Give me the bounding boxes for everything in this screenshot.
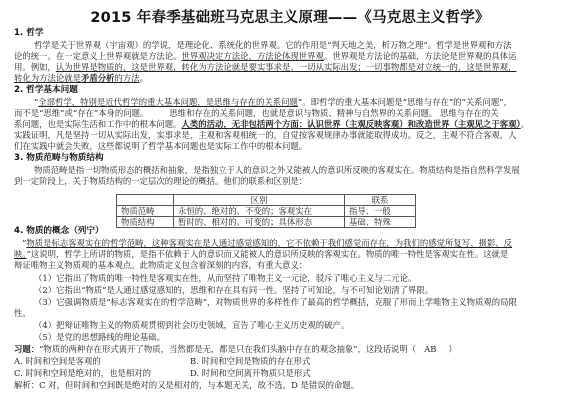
paragraph-line: 用。例如，认为世界是物质的，这是世界观，转化为方法论就是要实事求是、一切从实际出… [14,62,517,73]
paragraph-line: 们在实践中就会失败，这些都说明了哲学基本问题也是实际工作中的根本问题。 [14,141,307,152]
paragraph-line: 转化为方法论就是矛盾分析的方法。 [14,73,148,84]
list-item: （2）它指出“物质”是人通过感觉感知的，思维和存在具有同一性。坚持了可知论，与不… [34,285,433,296]
table-cell: 物质范畴 [117,206,174,217]
text-span: 用。例如， [14,62,56,72]
exercise-option-d: D. 时间和空间离开物质只是形式 [190,368,311,379]
list-item: （3）它强调物质是“标志客观实在的哲学范畴”，对物质世界的多样性作了最高的哲学概… [34,297,517,308]
text-span: 转化为方法论就是 [14,73,81,83]
table-header-cell: 区别 [174,195,345,206]
exercise-option-b: B. 时间和空间是物质的存在形式 [190,356,310,367]
exercise-option-c: C. 时间和空间是绝对的，也是相对的 [14,368,151,379]
paragraph-line: 实践证明，凡是坚持一切从实际出发，实事求是，主观和客观相统一的，自觉按客观规律办… [14,130,517,141]
paragraph-line: 物质范畴是指一切物质形态的概括和抽象，是指独立于人的意识之外又能被人的意识所反映… [34,165,520,176]
text-span: 系问题，也是实际生活和工作中的根本问题。 [14,119,182,129]
text-span: 。 [140,73,148,83]
underlined-text: 映。 [14,249,27,259]
list-item: （4）把辩证唯物主义的物质观贯彻到社会历史领域，宣告了唯心主义历史观的破产。 [34,320,349,331]
section-heading-philosophy: 1. 哲学 [14,28,43,39]
paragraph-line: 映。”这说明，哲学上所讲的物质，是指不依赖于人的意识而又能被人的意识所反映的客观… [14,249,508,260]
text-span: 的方法 [115,73,140,83]
table-cell: 指导、一般 [345,206,416,217]
text-span: ） [448,344,456,354]
paragraph-line: “物质是标志客观实在的哲学范畴，这种客观实在是人通过感觉感知的，它不依赖于我们感… [22,238,512,249]
table-row: 物质结构 暂时的、相对的、可变的；具体形态 基础、特殊 [117,217,416,228]
table-cell: 基础、特殊 [345,217,416,228]
exercise-label: 习题： [14,344,39,354]
document-title: 2015 年春季基础班马克思主义原理——《马克思主义哲学》 [14,6,566,27]
text-span: ”。即哲学的重大基本问题是“思维与存在”的“关系问题”， [298,97,512,107]
underlined-text: 全部哲学，特别是近代哲学的重大基本问题，是思维与存在的关系问题 [38,97,298,107]
underlined-text: 世界观决定方法论，方法论体现世界观 [182,51,324,61]
table-header-cell [117,195,174,206]
paragraph-line: 辩证唯物主义物质观的基本观点。此物质定义包含着深刻的内容，有重大意义： [14,260,307,271]
paragraph-line: 论的统一。在一定意义上世界观就是方法论。世界观决定方法论，方法论体现世界观。世界… [14,51,517,62]
section-heading-matter-concept: 4. 物质的概念（列宁） [14,226,104,237]
table-cell: 物质结构 [117,217,174,228]
list-item: （1）它指出了物质的唯一特性是客观实在性，从而坚持了唯物主义一元论，驳斥了唯心主… [34,273,416,284]
exercise-option-a: A. 时间和空间是客观的 [14,356,101,367]
text-span: “物质的两种存在形式离开了物质，当然都是无，都是只在我们头脑中存在的观念抽象”，… [39,344,416,354]
list-item-continuation: 性。 [14,308,31,319]
exercise-answer: AB [416,344,448,354]
paragraph-line: “全部哲学，特别是近代哲学的重大基本问题，是思维与存在的关系问题”。即哲学的重大… [34,97,512,108]
paragraph-line: 而不是“思维”或“存在”本身的问题。 思维和存在的关系问题，也就是意识与物质、精… [14,108,499,119]
list-item: （5）是党的思想路线的理论基础。 [34,332,165,343]
paragraph-line: 系问题，也是实际生活和工作中的根本问题。人类的活动，无非包括两个方面：认识世界（… [14,119,529,130]
underlined-text: 认为世界是物质的，这是世界观，转化为方法论就是要实事求是、一切从实际出发；一切事… [56,62,517,72]
section-heading-matter-category: 3. 物质范畴与物质结构 [14,153,104,164]
table-header-cell: 联系 [345,195,416,206]
text-span: ”这说明，哲学上所讲的物质，是指不依赖于人的意识而又能被人的意识所反映的客观实在… [27,249,509,259]
exercise-analysis: 解析：C 对，但时间和空间既是绝对的又是相对的，与本题无关，故不选，D 是错误的… [14,380,359,391]
table-cell: 暂时的、相对的、可变的；具体形态 [174,217,345,228]
table-header-row: 区别 联系 [117,195,416,206]
section-heading-basic-question: 2. 哲学基本问题 [14,85,78,96]
paragraph-line: 哲学是关于世界观（宇宙观）的学说，是理论化、系统化的世界观。它的作用是“判天地之… [34,40,512,51]
table-cell: 永恒的、绝对的、不变的；客观实在 [174,206,345,217]
text-span: 。世界观是方法论的基础，方法论是世界观的具体运 [324,51,517,61]
text-span: 。 [521,119,529,129]
bold-text: 矛盾分析 [81,73,115,83]
underlined-text: 转化为方法论就是矛盾分析的方法 [14,73,140,83]
bold-underlined-text: 人类的活动，无非包括两个方面：认识世界（主观反映客观）和改造世界（主观见之于客观… [182,119,521,129]
comparison-table: 区别 联系 物质范畴 永恒的、绝对的、不变的；客观实在 指导、一般 物质结构 暂… [116,194,416,228]
exercise-question: 习题：“物质的两种存在形式离开了物质，当然都是无，都是只在我们头脑中存在的观念抽… [14,344,457,355]
paragraph-line: 到一定阶段上，关于物质结构的一定层次的理论的概括。他们的联系和区别是： [14,176,307,187]
underlined-text: 物质是标志客观实在的哲学范畴，这种客观实在是人通过感觉感知的，它不依赖于我们感觉… [26,238,512,248]
text-span: 论的统一。在一定意义上世界观就是方法论。 [14,51,182,61]
table-row: 物质范畴 永恒的、绝对的、不变的；客观实在 指导、一般 [117,206,416,217]
